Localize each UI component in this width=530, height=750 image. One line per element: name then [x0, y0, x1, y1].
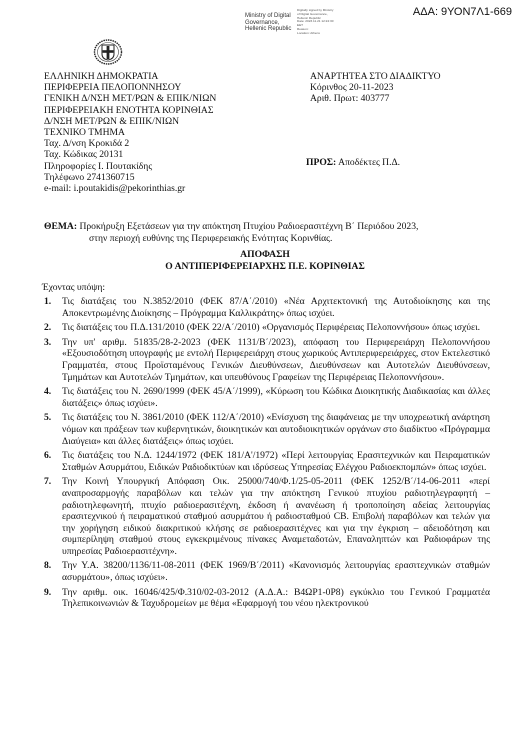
decision-heading: ΑΠΟΦΑΣΗ Ο ΑΝΤΙΠΕΡΙΦΕΡΕΙΑΡΧΗΣ Π.Ε. ΚΟΡΙΝΘ… [0, 249, 530, 273]
list-item: 4.Τις διατάξεις του Ν. 2690/1999 (ΦΕΚ 45… [44, 386, 490, 409]
subject-label: ΘΕΜΑ: [44, 221, 77, 232]
list-item: 1.Τις διατάξεις του Ν.3852/2010 (ΦΕΚ 87/… [44, 296, 490, 319]
document-date: Κόρινθος 20-11-2023 [310, 82, 441, 93]
having-in-mind: Έχοντας υπόψη: [42, 282, 105, 294]
considerations-list: 1.Τις διατάξεις του Ν.3852/2010 (ΦΕΚ 87/… [44, 296, 490, 613]
list-item: 9.Την αριθμ. οικ. 16046/425/Φ.310/02-03-… [44, 587, 490, 610]
subject-line-1: Προκήρυξη Εξετάσεων για την απόκτηση Πτυ… [79, 221, 418, 232]
list-item: 8.Την Υ.Α. 38200/1136/11-08-2011 (ΦΕΚ 19… [44, 560, 490, 583]
publish-notice: ΑΝΑΡΤΗΤΕΑ ΣΤΟ ΔΙΑΔΙΚΤΥΟ [310, 71, 441, 82]
protocol-number: Αριθ. Πρωτ: 403777 [310, 93, 441, 104]
recipients: ΠΡΟΣ: Αποδέκτες Π.Δ. [306, 157, 400, 169]
digital-signature-details: Digitally signed by Ministry of Digital … [297, 9, 333, 36]
document-meta: ΑΝΑΡΤΗΤΕΑ ΣΤΟ ΔΙΑΔΙΚΤΥΟ Κόρινθος 20-11-2… [310, 71, 441, 105]
decision-title: ΑΠΟΦΑΣΗ [0, 249, 530, 261]
list-item: 3.Την υπ' αριθμ. 51835/28-2-2023 (ΦΕΚ 11… [44, 337, 490, 383]
digital-signature-name: Ministry of Digital Governance, Hellenic… [245, 13, 291, 33]
recipients-value: Αποδέκτες Π.Δ. [338, 157, 400, 168]
list-item: 5.Τις διατάξεις του Ν. 3861/2010 (ΦΕΚ 11… [44, 412, 490, 447]
subject-line-2: στην περιοχή ευθύνης της Περιφερειακής Ε… [44, 233, 494, 245]
list-item: 6.Τις διατάξεις του Ν.Δ. 1244/1972 (ΦΕΚ … [44, 450, 490, 473]
list-item: 2.Τις διατάξεις του Π.Δ.131/2010 (ΦΕΚ 22… [44, 322, 490, 334]
issuer-header: ΕΛΛΗΝΙΚΗ ΔΗΜΟΚΡΑΤΙΑ ΠΕΡΙΦΕΡΕΙΑ ΠΕΛΟΠΟΝΝΗ… [44, 71, 216, 194]
list-item: 7.Την Κοινή Υπουργική Απόφαση Οικ. 25000… [44, 476, 490, 557]
contact-email: e-mail: i.poutakidis@pekorinthias.gr [44, 183, 216, 194]
recipients-label: ΠΡΟΣ: [306, 157, 336, 168]
greek-coat-of-arms-icon [93, 39, 123, 65]
subject: ΘΕΜΑ: Προκήρυξη Εξετάσεων για την απόκτη… [44, 221, 494, 244]
decision-subtitle: Ο ΑΝΤΙΠΕΡΙΦΕΡΕΙΑΡΧΗΣ Π.Ε. ΚΟΡΙΝΘΙΑΣ [0, 261, 530, 273]
ada-code: ΑΔΑ: 9ΥΟΝ7Λ1-669 [413, 7, 512, 19]
